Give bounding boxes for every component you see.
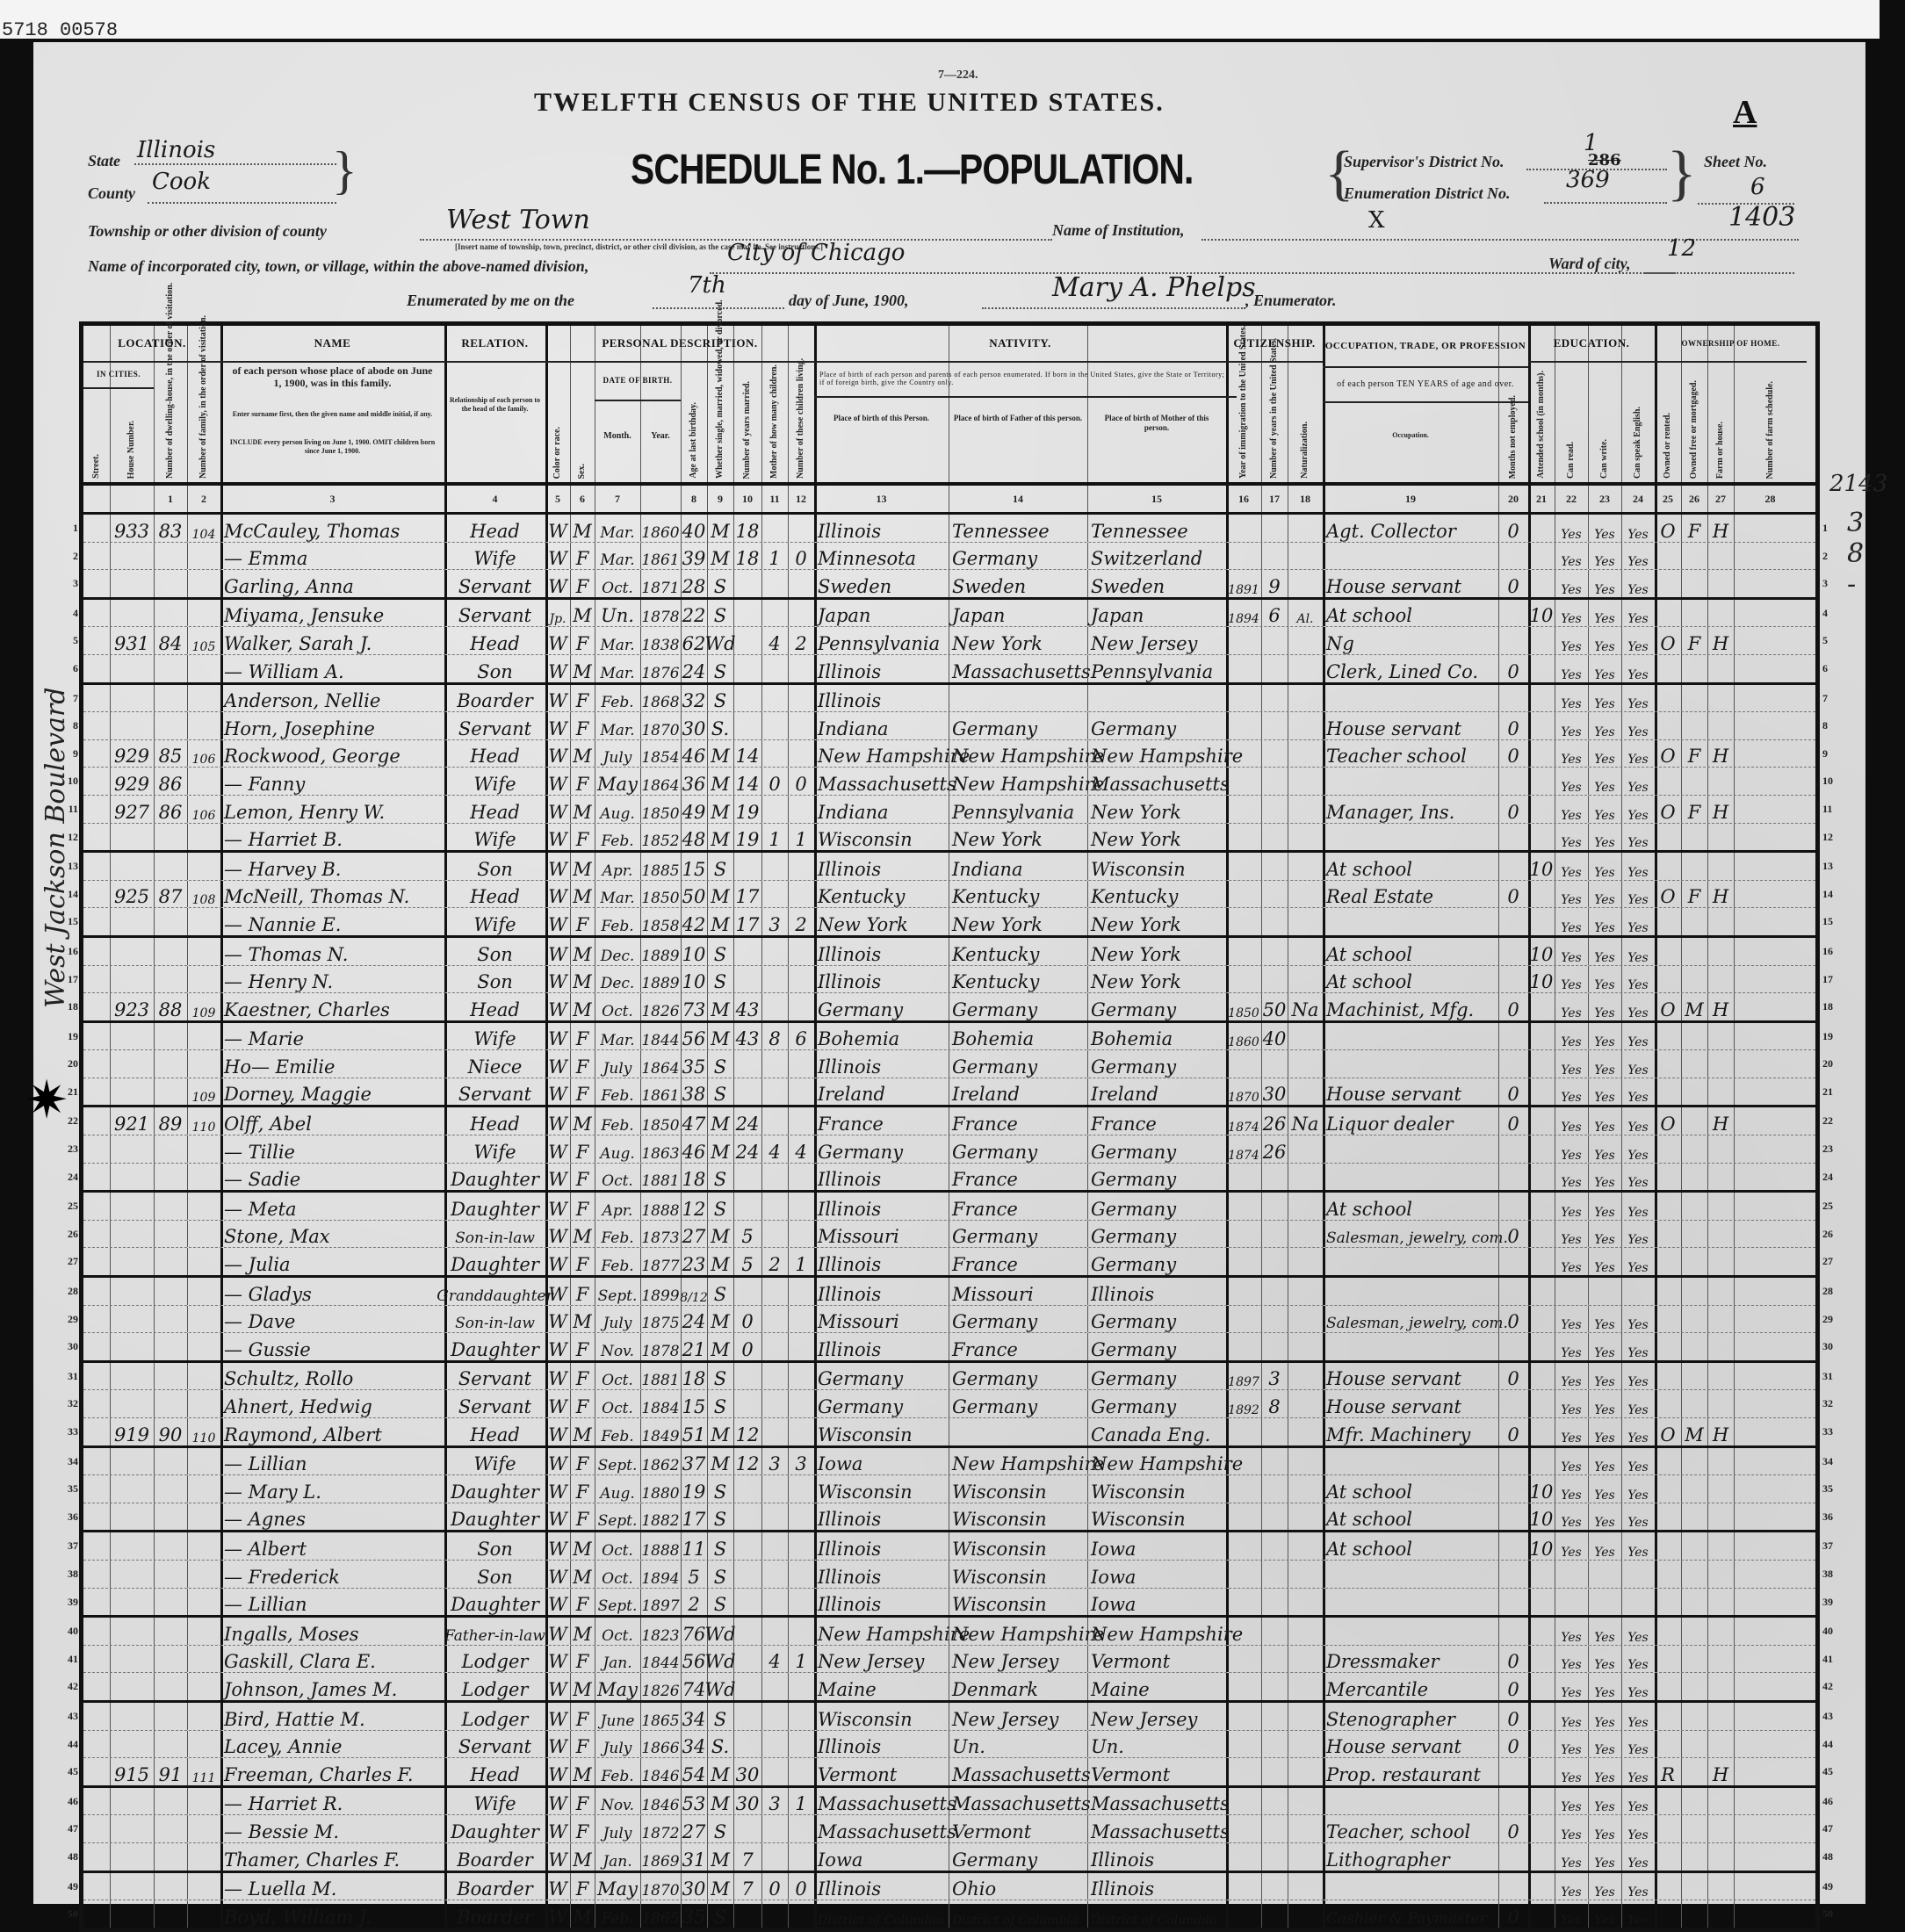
cell-eng: Yes xyxy=(1621,966,1655,994)
cell-eng: Yes xyxy=(1621,1363,1655,1391)
cell-bm: Wisconsin xyxy=(1087,853,1230,881)
cell-ym xyxy=(733,1475,761,1503)
cell-month: Feb. xyxy=(595,1221,640,1249)
cell-family xyxy=(187,1589,220,1617)
cell-nat xyxy=(1288,1731,1323,1759)
cell-farm: H xyxy=(1707,627,1734,655)
cell-free: M xyxy=(1681,993,1707,1021)
column-header-school: Attended school (in months). xyxy=(1536,371,1547,479)
cell-eng: Yes xyxy=(1621,655,1655,683)
cell-occ xyxy=(1323,768,1502,796)
cell-free xyxy=(1681,1673,1707,1701)
cell-dwelling xyxy=(154,1788,187,1816)
cell-cl xyxy=(788,1164,814,1192)
cell-color: W xyxy=(545,1475,570,1503)
cell-imm xyxy=(1226,796,1261,824)
cell-own xyxy=(1655,1788,1681,1816)
cell-marital: M xyxy=(707,1248,733,1276)
cell-house xyxy=(110,655,154,683)
cell-bp: Massachusetts xyxy=(814,1788,952,1816)
cell-marital: S. xyxy=(707,712,733,740)
cell-school xyxy=(1528,1135,1555,1164)
cell-color: W xyxy=(545,627,570,655)
cell-dwelling xyxy=(154,1873,187,1901)
township-label: Township or other division of county xyxy=(88,222,327,241)
cell-unemp xyxy=(1498,543,1528,571)
cell-eng: Yes xyxy=(1621,712,1655,740)
cell-marital: S xyxy=(707,685,733,713)
cell-bm: Tennessee xyxy=(1087,515,1230,543)
cell-nat: Na xyxy=(1288,993,1323,1021)
cell-farm xyxy=(1707,966,1734,994)
cell-yus xyxy=(1261,1758,1288,1786)
cell-sex: F xyxy=(570,1448,595,1476)
cell-bf: New Hampshire xyxy=(949,1448,1091,1476)
cell-color: W xyxy=(545,1306,570,1334)
column-header-farm: Farm or house. xyxy=(1715,422,1726,479)
cell-unemp xyxy=(1498,1758,1528,1786)
cell-unemp: 0 xyxy=(1498,570,1528,598)
group-personal-description: PERSONAL DESCRIPTION. xyxy=(545,326,814,363)
cell-month: Dec. xyxy=(595,938,640,966)
cell-eng: Yes xyxy=(1621,1475,1655,1503)
cell-age: 38 xyxy=(681,1078,707,1107)
cell-imm xyxy=(1226,1333,1261,1361)
cell-yus xyxy=(1261,1843,1288,1871)
cell-month: Oct. xyxy=(595,1164,640,1192)
cell-bp: Iowa xyxy=(814,1843,952,1871)
cell-free xyxy=(1681,908,1707,936)
cell-write: Yes xyxy=(1588,600,1621,628)
cell-farm: H xyxy=(1707,1418,1734,1446)
cell-unemp xyxy=(1498,1503,1528,1532)
cell-own xyxy=(1655,1363,1681,1391)
cell-year: 1876 xyxy=(640,655,681,683)
column-divider xyxy=(1734,1078,1735,1106)
cell-family xyxy=(187,1532,220,1561)
column-header-month: Month. xyxy=(595,431,640,442)
cell-dwelling xyxy=(154,1248,187,1276)
cell-ym xyxy=(733,600,761,628)
cell-bm: Illinois xyxy=(1087,1873,1230,1901)
table-row: 141492587108McNeill, Thomas N.HeadWMMar.… xyxy=(83,881,1815,909)
cell-bf: New Hampshire xyxy=(949,1618,1091,1646)
line-number-right: 6 xyxy=(1822,662,1849,675)
cell-nat xyxy=(1288,768,1323,796)
cell-occ: Lithographer xyxy=(1323,1843,1502,1871)
cell-nat xyxy=(1288,796,1323,824)
cell-yus xyxy=(1261,881,1288,909)
cell-relation: Servant xyxy=(444,1363,545,1391)
cell-read xyxy=(1555,1561,1588,1589)
cell-age: 49 xyxy=(681,796,707,824)
cell-marital: M xyxy=(707,1843,733,1871)
cell-read: Yes xyxy=(1555,1135,1588,1164)
cell-sex: F xyxy=(570,1023,595,1051)
cell-relation: Servant xyxy=(444,1078,545,1107)
table-row: 101092986— FannyWifeWFMay186436M1400Mass… xyxy=(83,768,1815,796)
cell-mo xyxy=(761,1815,788,1843)
column-divider xyxy=(1734,1673,1735,1700)
cell-bm: New York xyxy=(1087,824,1230,852)
table-row: 2323— TillieWifeWFAug.186346M2444Germany… xyxy=(83,1135,1815,1164)
cell-family xyxy=(187,1248,220,1276)
cell-year: 1866 xyxy=(640,1731,681,1759)
cell-eng: Yes xyxy=(1621,1900,1655,1928)
cell-dwelling xyxy=(154,1221,187,1249)
cell-sex: F xyxy=(570,1363,595,1391)
cell-ym: 12 xyxy=(733,1418,761,1446)
column-number: 1 xyxy=(154,486,187,512)
cell-school xyxy=(1528,1107,1555,1135)
cell-free: F xyxy=(1681,515,1707,543)
column-number: 14 xyxy=(949,486,1087,512)
cell-read: Yes xyxy=(1555,1418,1588,1446)
cell-color: W xyxy=(545,881,570,909)
cell-mo xyxy=(761,685,788,713)
cell-mo: 1 xyxy=(761,824,788,852)
cell-write: Yes xyxy=(1588,1646,1621,1674)
cell-bf: Wisconsin xyxy=(949,1503,1091,1532)
column-header-cl: Number of these children living. xyxy=(796,366,806,479)
cell-marital: M xyxy=(707,908,733,936)
cell-bf xyxy=(949,685,1091,713)
cell-write: Yes xyxy=(1588,853,1621,881)
column-header-occupation: Occupation. xyxy=(1323,431,1498,440)
cell-ym xyxy=(733,1193,761,1221)
table-row: 4343Bird, Hattie M.LodgerWFJune186534SWi… xyxy=(83,1703,1815,1731)
cell-occ: Teacher, school xyxy=(1323,1815,1502,1843)
cell-occ xyxy=(1323,1278,1502,1306)
cell-mo xyxy=(761,1164,788,1192)
column-divider xyxy=(1734,712,1735,739)
line-number-right: 26 xyxy=(1822,1228,1849,1241)
cell-farm xyxy=(1707,1390,1734,1418)
cell-sex: M xyxy=(570,740,595,768)
cell-bf: Kentucky xyxy=(949,938,1091,966)
cell-free xyxy=(1681,1815,1707,1843)
cell-nat xyxy=(1288,908,1323,936)
cell-bm: Germany xyxy=(1087,1193,1230,1221)
cell-mo: 3 xyxy=(761,908,788,936)
cell-read: Yes xyxy=(1555,1306,1588,1334)
cell-read: Yes xyxy=(1555,570,1588,598)
cell-free xyxy=(1681,768,1707,796)
line-number-right: 35 xyxy=(1822,1482,1849,1496)
cell-school xyxy=(1528,1873,1555,1901)
cell-bp: Illinois xyxy=(814,938,952,966)
cell-sex: F xyxy=(570,1788,595,1816)
cell-bf: Massachusetts xyxy=(949,655,1091,683)
cell-age: 51 xyxy=(681,1418,707,1446)
line-number-left: 41 xyxy=(54,1653,78,1666)
cell-ym: 17 xyxy=(733,908,761,936)
cell-bp: Germany xyxy=(814,1135,952,1164)
cell-house xyxy=(110,712,154,740)
table-row: 3030— GussieDaughterWFNov.187821M0Illino… xyxy=(83,1333,1815,1363)
cell-house xyxy=(110,600,154,628)
cell-month: Sept. xyxy=(595,1503,640,1532)
cell-nat xyxy=(1288,712,1323,740)
table-row: 2828— GladysGranddaughterWFSept.18998/12… xyxy=(83,1278,1815,1306)
cell-read: Yes xyxy=(1555,1532,1588,1561)
cell-mo xyxy=(761,993,788,1021)
cell-color: W xyxy=(545,993,570,1021)
cell-unemp xyxy=(1498,1589,1528,1617)
cell-color: W xyxy=(545,1843,570,1871)
column-divider xyxy=(1734,1873,1735,1900)
cell-relation: Son-in-law xyxy=(444,1221,545,1249)
cell-occ xyxy=(1323,1135,1502,1164)
cell-year: 1844 xyxy=(640,1646,681,1674)
cell-unemp xyxy=(1498,1475,1528,1503)
cell-school xyxy=(1528,1788,1555,1816)
cell-relation: Wife xyxy=(444,768,545,796)
cell-read: Yes xyxy=(1555,1193,1588,1221)
cell-marital: S xyxy=(707,1278,733,1306)
cell-write: Yes xyxy=(1588,1703,1621,1731)
cell-farm xyxy=(1707,824,1734,852)
cell-unemp xyxy=(1498,600,1528,628)
name-note-surname: Enter surname first, then the given name… xyxy=(229,410,436,419)
cell-sex: F xyxy=(570,1078,595,1107)
cell-marital: M xyxy=(707,1221,733,1249)
cell-own xyxy=(1655,1673,1681,1701)
cell-ym xyxy=(733,1618,761,1646)
cell-bm: Germany xyxy=(1087,993,1230,1021)
column-divider xyxy=(1734,655,1735,682)
right-margin-note-2: 3 8 - xyxy=(1847,508,1865,600)
cell-eng: Yes xyxy=(1621,1815,1655,1843)
line-number-right: 23 xyxy=(1822,1143,1849,1156)
cell-school: 10 xyxy=(1528,1532,1555,1561)
cell-marital: S xyxy=(707,1815,733,1843)
cell-year: 1899 xyxy=(640,1278,681,1306)
cell-farm xyxy=(1707,1306,1734,1334)
cell-ym: 5 xyxy=(733,1221,761,1249)
cell-farm: H xyxy=(1707,796,1734,824)
table-row: 222292189110Olff, AbelHeadWMFeb.185047M2… xyxy=(83,1107,1815,1135)
cell-family xyxy=(187,908,220,936)
cell-farm xyxy=(1707,1221,1734,1249)
cell-marital: S xyxy=(707,1050,733,1078)
cell-eng: Yes xyxy=(1621,1758,1655,1786)
institution-value: X xyxy=(1368,207,1385,234)
cell-name: — Gussie xyxy=(220,1333,448,1361)
cell-imm xyxy=(1226,1164,1261,1192)
cell-house xyxy=(110,1815,154,1843)
cell-ym: 12 xyxy=(733,1448,761,1476)
cell-dwelling xyxy=(154,570,187,598)
line-number-right: 48 xyxy=(1822,1850,1849,1864)
cell-yus: 3 xyxy=(1261,1363,1288,1391)
cell-color: W xyxy=(545,1448,570,1476)
cell-occ: Agt. Collector xyxy=(1323,515,1502,543)
line-number-right: 31 xyxy=(1822,1370,1849,1383)
cell-name: — Agnes xyxy=(220,1503,448,1532)
cell-farm xyxy=(1707,1561,1734,1589)
cell-occ xyxy=(1323,1873,1502,1901)
cell-family xyxy=(187,1448,220,1476)
cell-marital: M xyxy=(707,824,733,852)
cell-bp: Illinois xyxy=(814,1333,952,1361)
cell-yus xyxy=(1261,908,1288,936)
cell-dwelling xyxy=(154,824,187,852)
cell-name: — Meta xyxy=(220,1193,448,1221)
cell-imm xyxy=(1226,824,1261,852)
cell-write: Yes xyxy=(1588,824,1621,852)
cell-marital: M xyxy=(707,881,733,909)
cell-year: 1860 xyxy=(640,515,681,543)
cell-yus xyxy=(1261,1646,1288,1674)
cell-unemp xyxy=(1498,1050,1528,1078)
cell-imm xyxy=(1226,1248,1261,1276)
cell-month: Oct. xyxy=(595,1561,640,1589)
cell-marital: S xyxy=(707,1900,733,1928)
cell-occ xyxy=(1323,1589,1502,1617)
cell-marital: S xyxy=(707,1164,733,1192)
line-number-left: 10 xyxy=(54,775,78,788)
cell-eng: Yes xyxy=(1621,1532,1655,1561)
column-divider xyxy=(1734,1731,1735,1758)
cell-bm: Massachusetts xyxy=(1087,1788,1230,1816)
table-row: 3636— AgnesDaughterWFSept.188217SIllinoi… xyxy=(83,1503,1815,1533)
column-divider xyxy=(1734,1843,1735,1871)
enumeration-line xyxy=(1544,202,1667,204)
cell-free: M xyxy=(1681,1418,1707,1446)
cell-family xyxy=(187,543,220,571)
cell-dwelling xyxy=(154,1646,187,1674)
cell-unemp xyxy=(1498,853,1528,881)
cell-bm: District of Columbia xyxy=(1087,1900,1230,1928)
cell-year: 1838 xyxy=(640,627,681,655)
cell-family: 106 xyxy=(187,796,220,824)
cell-bf: Wisconsin xyxy=(949,1589,1091,1617)
cell-farm xyxy=(1707,1589,1734,1617)
cell-unemp: 0 xyxy=(1498,881,1528,909)
table-row: 2626Stone, MaxSon-in-lawWMFeb.187327M5Mi… xyxy=(83,1221,1815,1249)
cell-house xyxy=(110,1193,154,1221)
cell-mo xyxy=(761,1561,788,1589)
cell-farm xyxy=(1707,768,1734,796)
cell-color: W xyxy=(545,966,570,994)
sheet-extra: 1403 xyxy=(1728,202,1795,233)
cell-relation: Head xyxy=(444,1418,545,1446)
cell-occ: Liquor dealer xyxy=(1323,1107,1502,1135)
cell-family xyxy=(187,712,220,740)
cell-free xyxy=(1681,1050,1707,1078)
cell-school xyxy=(1528,1448,1555,1476)
cell-nat xyxy=(1288,1390,1323,1418)
cell-write: Yes xyxy=(1588,1448,1621,1476)
column-header-imm: Year of immigration to the United States… xyxy=(1238,366,1249,479)
cell-color: W xyxy=(545,1589,570,1617)
column-number: 7 xyxy=(595,486,640,512)
cell-yus: 26 xyxy=(1261,1107,1288,1135)
column-number: 9 xyxy=(707,486,733,512)
cell-sex: M xyxy=(570,993,595,1021)
cell-free xyxy=(1681,1731,1707,1759)
cell-color: W xyxy=(545,1221,570,1249)
cell-school xyxy=(1528,1278,1555,1306)
cell-cl xyxy=(788,1475,814,1503)
cell-age: 46 xyxy=(681,740,707,768)
cell-mo xyxy=(761,1363,788,1391)
line-number-right: 44 xyxy=(1822,1738,1849,1751)
cell-eng: Yes xyxy=(1621,1164,1655,1192)
cell-name: Ingalls, Moses xyxy=(220,1618,448,1646)
cell-own xyxy=(1655,966,1681,994)
cell-occ: Manager, Ins. xyxy=(1323,796,1502,824)
table-row: 33Garling, AnnaServantWFOct.187128SSwede… xyxy=(83,570,1815,600)
cell-month: Feb. xyxy=(595,1248,640,1276)
cell-age: 27 xyxy=(681,1221,707,1249)
cell-free xyxy=(1681,966,1707,994)
cell-cl: 1 xyxy=(788,824,814,852)
cell-yus xyxy=(1261,853,1288,881)
cell-eng: Yes xyxy=(1621,1306,1655,1334)
ward-value: 12 xyxy=(1667,235,1696,262)
line-number-right: 18 xyxy=(1822,1000,1849,1013)
brace-left: } xyxy=(332,141,357,201)
cell-bf: Germany xyxy=(949,543,1091,571)
cell-dwelling xyxy=(154,600,187,628)
cell-eng: Yes xyxy=(1621,1135,1655,1164)
state-value: Illinois xyxy=(137,137,215,163)
cell-unemp: 0 xyxy=(1498,1221,1528,1249)
cell-nat xyxy=(1288,1221,1323,1249)
cell-farm: H xyxy=(1707,515,1734,543)
column-numbers: 1234567891011121314151617181920212223242… xyxy=(83,486,1815,515)
cell-year: 1881 xyxy=(640,1363,681,1391)
cell-unemp xyxy=(1498,1135,1528,1164)
column-divider xyxy=(1734,1618,1735,1645)
column-header-write: Can write. xyxy=(1599,439,1610,479)
cell-bm: Bohemia xyxy=(1087,1023,1230,1051)
cell-own xyxy=(1655,908,1681,936)
cell-bp: Massachusetts xyxy=(814,768,952,796)
cell-marital: M xyxy=(707,768,733,796)
cell-free xyxy=(1681,1248,1707,1276)
cell-name: Thamer, Charles F. xyxy=(220,1843,448,1871)
cell-name: — Thomas N. xyxy=(220,938,448,966)
cell-family: 109 xyxy=(187,993,220,1021)
cell-bf: Vermont xyxy=(949,1815,1091,1843)
column-number: 21 xyxy=(1528,486,1555,512)
cell-mo: 2 xyxy=(761,1248,788,1276)
cell-family xyxy=(187,1788,220,1816)
table-row: 44Miyama, JensukeServantJp.MUn.187822SJa… xyxy=(83,600,1815,628)
column-number: 15 xyxy=(1087,486,1226,512)
cell-cl xyxy=(788,1278,814,1306)
cell-write: Yes xyxy=(1588,1418,1621,1446)
cell-eng: Yes xyxy=(1621,1050,1655,1078)
cell-age: 50 xyxy=(681,881,707,909)
cell-mo: 4 xyxy=(761,1135,788,1164)
cell-own: O xyxy=(1655,1418,1681,1446)
cell-unemp: 0 xyxy=(1498,1703,1528,1731)
cell-family: 106 xyxy=(187,740,220,768)
column-number: 19 xyxy=(1323,486,1498,512)
cell-relation: Father-in-law xyxy=(444,1618,545,1646)
cell-unemp xyxy=(1498,1788,1528,1816)
cell-dwelling xyxy=(154,1589,187,1617)
cell-unemp xyxy=(1498,1843,1528,1871)
supervisor-label: Supervisor's District No. xyxy=(1344,153,1505,171)
cell-bm: France xyxy=(1087,1107,1230,1135)
cell-read: Yes xyxy=(1555,1815,1588,1843)
line-number-left: 4 xyxy=(54,607,78,620)
